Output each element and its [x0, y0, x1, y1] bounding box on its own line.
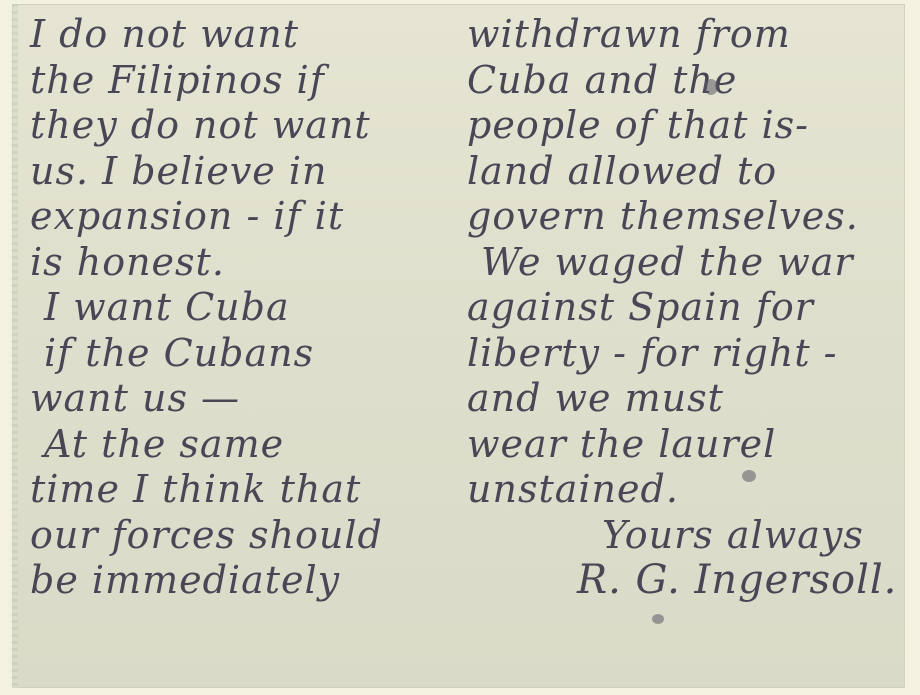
letter-line: govern themselves.: [467, 194, 897, 240]
letter-line: if the Cubans: [30, 331, 460, 377]
letter-line: expansion - if it: [30, 194, 460, 240]
letter-line: I do not want: [30, 12, 460, 58]
letter-line: Cuba and the: [467, 58, 897, 104]
letter-line: want us —: [30, 376, 460, 422]
letter-line: liberty - for right -: [467, 331, 897, 377]
letter-line: is honest.: [30, 240, 460, 286]
letter-line: land allowed to: [467, 149, 897, 195]
letter-line: our forces should: [30, 513, 460, 559]
letter-closing: Yours always: [467, 513, 897, 559]
letter-line: We waged the war: [467, 240, 897, 286]
ink-blot: [742, 470, 756, 482]
letter-line: At the same: [30, 422, 460, 468]
ink-blot: [652, 614, 664, 624]
left-column: I do not want the Filipinos if they do n…: [30, 12, 460, 604]
ink-blot: [704, 79, 718, 95]
letter-line: against Spain for: [467, 285, 897, 331]
letter-line: be immediately: [30, 558, 460, 604]
letter-line: the Filipinos if: [30, 58, 460, 104]
letter-line: wear the laurel: [467, 422, 897, 468]
letter-scan: I do not want the Filipinos if they do n…: [12, 4, 905, 688]
right-column: withdrawn from Cuba and the people of th…: [467, 12, 897, 604]
letter-line: people of that is-: [467, 103, 897, 149]
letter-line: I want Cuba: [30, 285, 460, 331]
letter-line: withdrawn from: [467, 12, 897, 58]
letter-line: time I think that: [30, 467, 460, 513]
letter-line: unstained.: [467, 467, 897, 513]
letter-line: and we must: [467, 376, 897, 422]
letter-line: they do not want: [30, 103, 460, 149]
letter-line: us. I believe in: [30, 149, 460, 195]
letter-signature: R. G. Ingersoll.: [467, 558, 897, 604]
